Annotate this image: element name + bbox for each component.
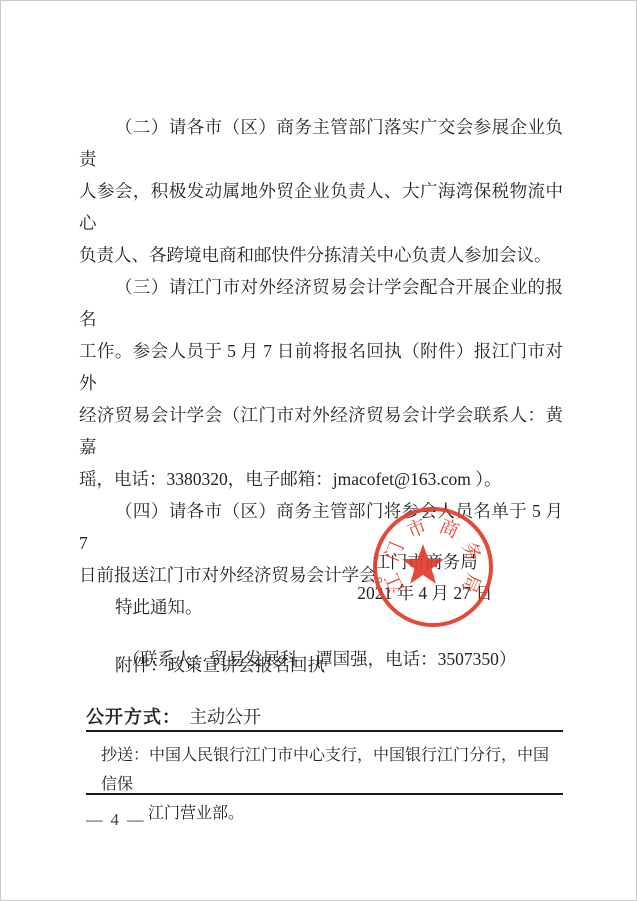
seal-char: 市 (404, 515, 430, 543)
body-line: 经济贸易会计学会（江门市对外经济贸易会计学会联系人：黄嘉 (79, 399, 563, 463)
document-page: （二）请各市（区）商务主管部门落实广交会参展企业负责 人参会，积极发动属地外贸企… (0, 0, 637, 901)
cc-line: 江门营业部。 (101, 799, 563, 828)
body-line: 负责人、各跨境电商和邮快件分拣清关中心负责人参加会议。 (79, 239, 563, 271)
contact-line: （联系人：贸易发展科 谭国强，电话：3507350） (1, 646, 637, 671)
body-line: 瑶，电话：3380320，电子邮箱：jmacofet@163.com ）。 (79, 463, 563, 495)
body-line: 人参会，积极发动属地外贸企业负责人、大广海湾保税物流中心 (79, 175, 563, 239)
disclosure-line: 公开方式：主动公开 (86, 703, 261, 729)
cc-label: 抄送： (101, 747, 149, 764)
disclosure-label: 公开方式： (86, 707, 181, 727)
cc-recipients: 中国人民银行江门市中心支行，中国银行江门分行，中国信保 (101, 747, 549, 793)
seal-char: 局 (457, 570, 484, 596)
body-line: （三）请江门市对外经济贸易会计学会配合开展企业的报名 (79, 271, 563, 335)
body-line: 工作。参会人员于 5 月 7 日前将报名回执（附件）报江门市对外 (79, 335, 563, 399)
disclosure-value: 主动公开 (189, 707, 261, 727)
seal-char: 商 (436, 515, 462, 543)
divider (86, 730, 563, 732)
star-icon (402, 544, 444, 584)
divider (86, 793, 563, 795)
cc-block: 抄送：中国人民银行江门市中心支行，中国银行江门分行，中国信保 江门营业部。 (101, 741, 563, 828)
cc-line: 抄送：中国人民银行江门市中心支行，中国银行江门分行，中国信保 (101, 741, 563, 799)
page-number: — 4 — (86, 810, 146, 830)
official-seal: 江 门 市 商 务 局 (370, 504, 496, 630)
seal-char: 江 (381, 570, 409, 596)
body-line: （二）请各市（区）商务主管部门落实广交会参展企业负责 (79, 111, 563, 175)
seal-char: 务 (458, 539, 486, 565)
